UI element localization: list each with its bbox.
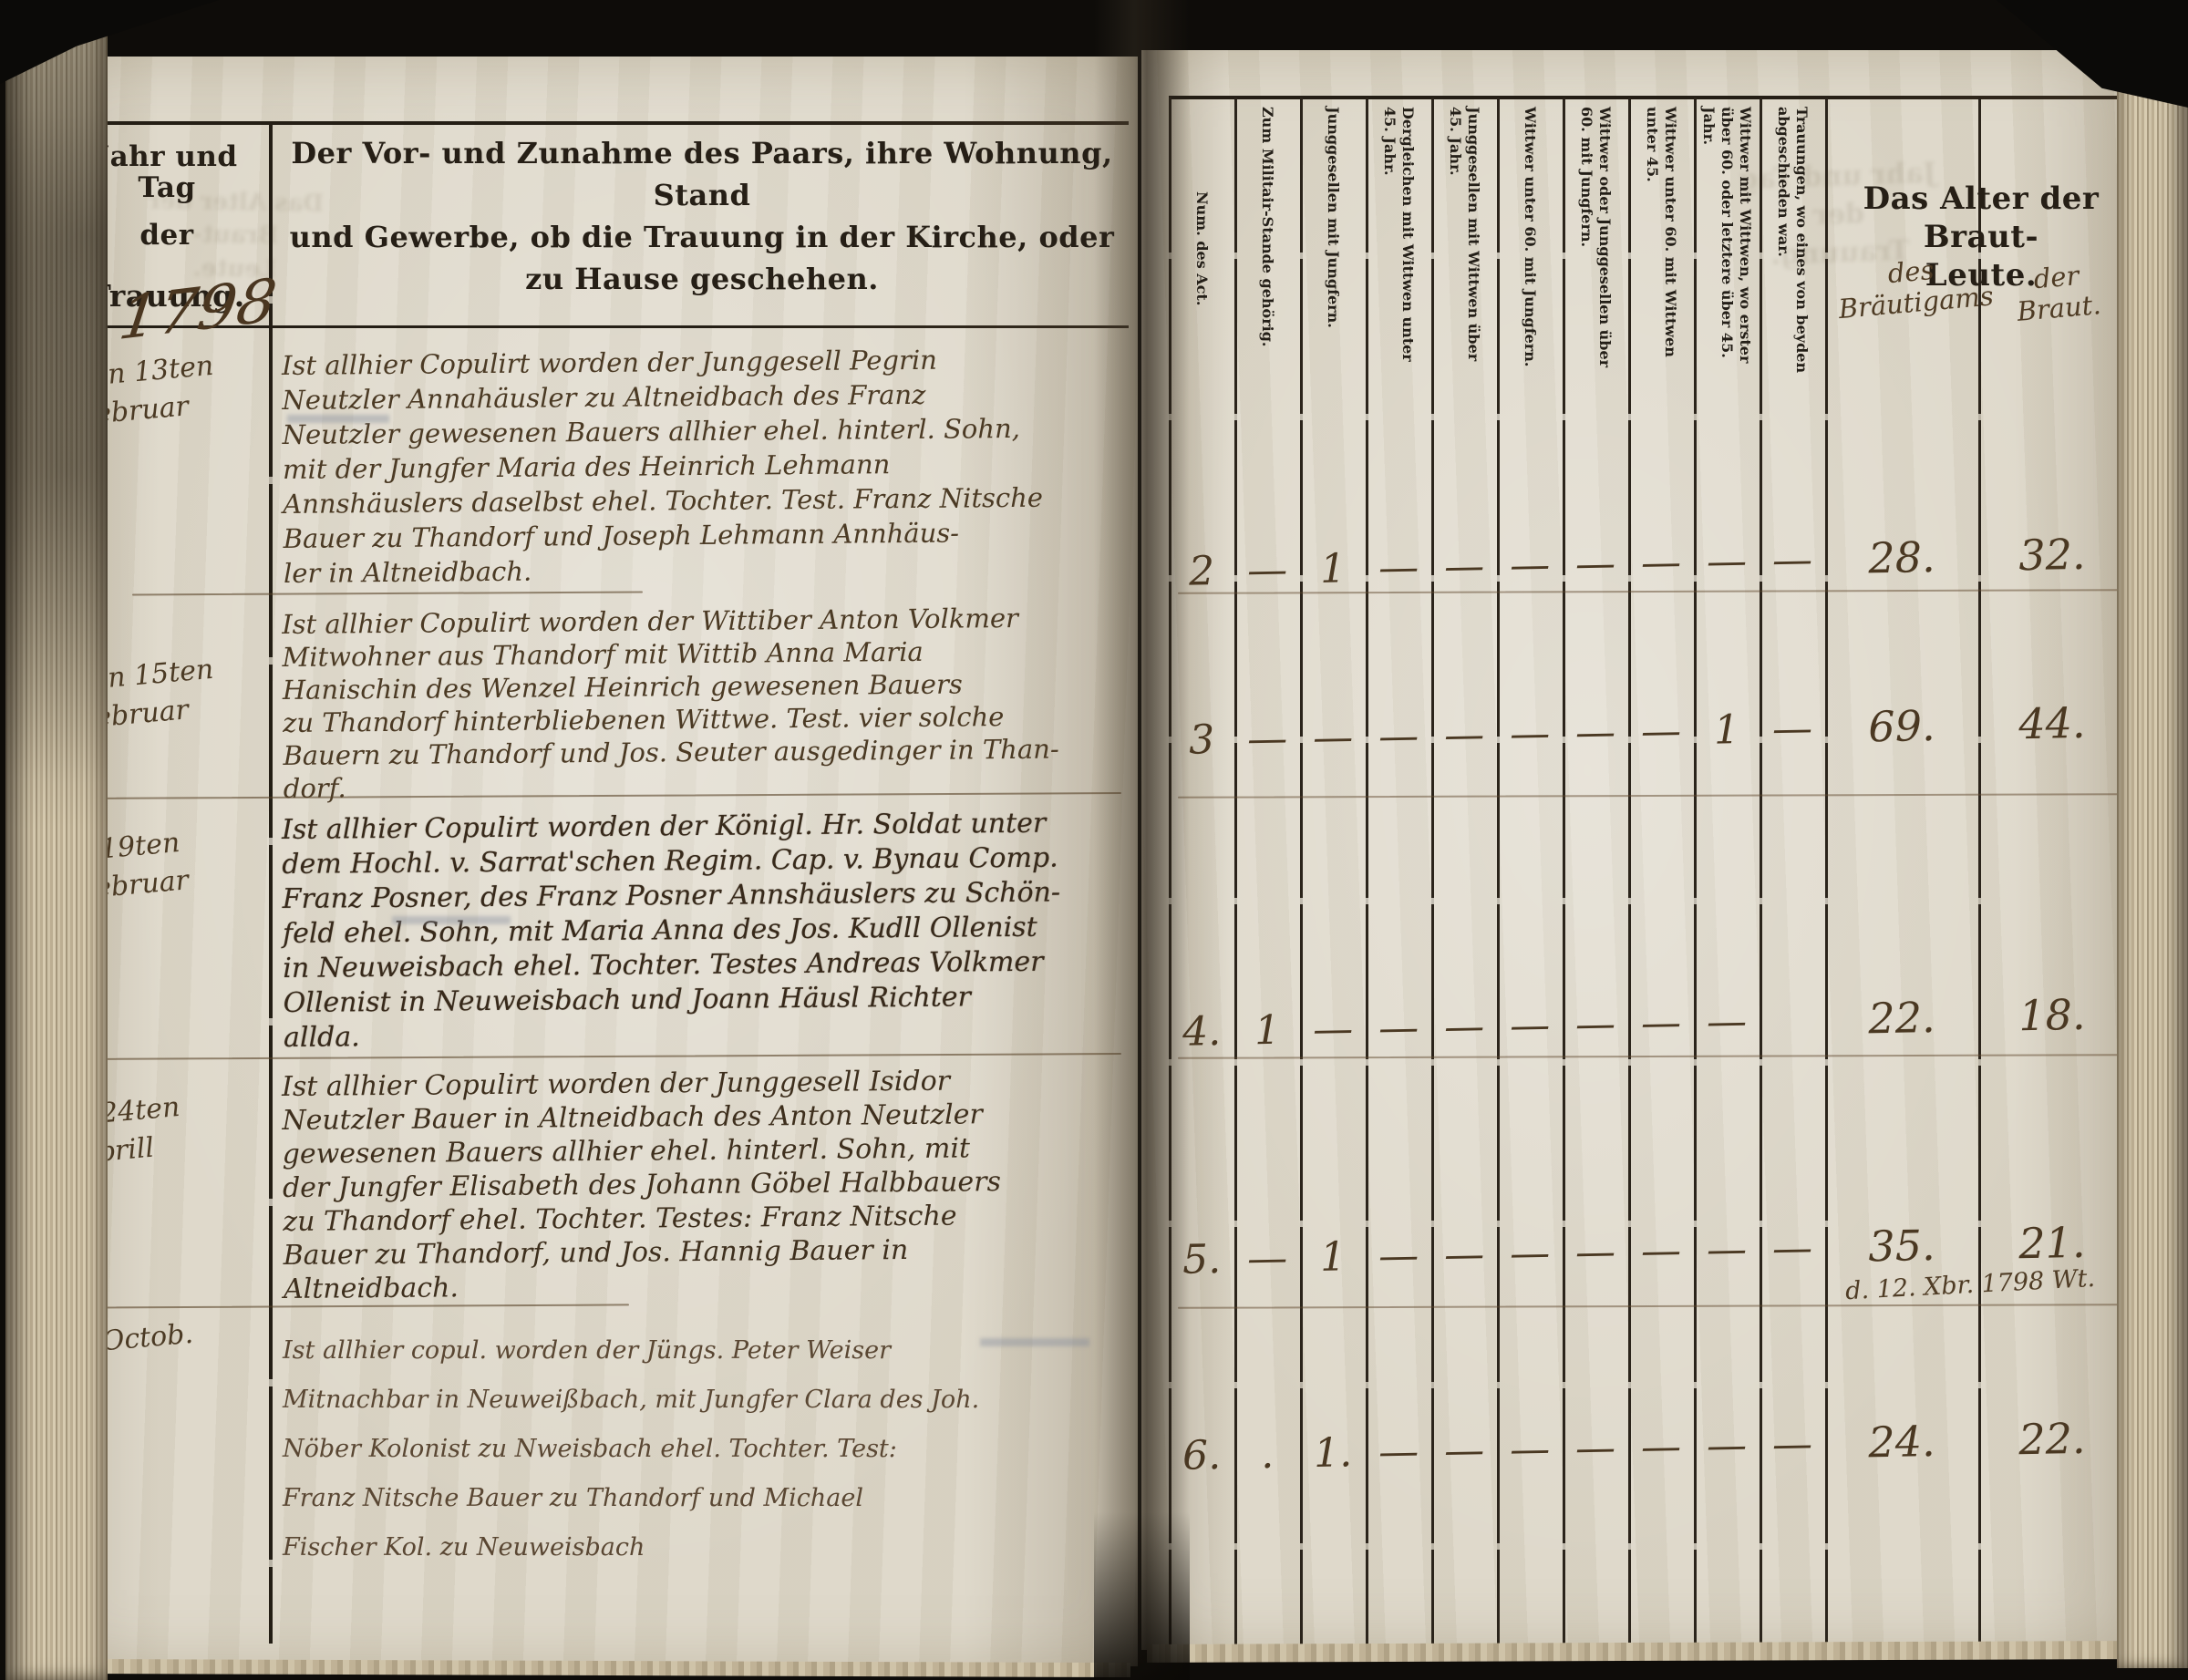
row-cell: — <box>1694 537 1760 584</box>
row-cell: — <box>1563 1000 1629 1047</box>
row-cell: 1. <box>1300 1428 1367 1476</box>
row-cell <box>1760 1019 1825 1020</box>
row-cell: — <box>1563 1424 1629 1471</box>
table-row-values: 6. . 1. — — — — — — — 24. 22. <box>1168 1399 2128 1494</box>
row-cell: — <box>1366 1427 1432 1475</box>
row-cell: — <box>1431 1231 1498 1278</box>
row-cell: — <box>1628 707 1695 755</box>
row-cell: — <box>1431 542 1498 590</box>
row-cell: — <box>1234 1234 1301 1282</box>
rotated-column-header: Wittwer unter 60. mit Wittwen unter 45. <box>1628 107 1694 391</box>
ink-smudge <box>392 916 511 924</box>
row-cell: — <box>1759 705 1825 752</box>
row-cell: — <box>1497 541 1564 588</box>
left-page-stack-edge <box>5 0 108 1680</box>
row-cell: — <box>1563 1228 1629 1275</box>
row-cell: — <box>1366 1004 1432 1051</box>
groom-age-value: 24. <box>1824 1416 1978 1468</box>
date-column-rule <box>269 123 273 1644</box>
row-cell: — <box>1431 1003 1498 1050</box>
row-cell: — <box>1431 711 1498 758</box>
entry-text: Ist allhier Copulirt worden der Junggese… <box>282 341 1118 591</box>
groom-age-value: 69. <box>1824 700 1978 752</box>
row-cell: 1 <box>1694 706 1760 753</box>
row-cell: — <box>1628 539 1695 586</box>
row-cell: — <box>1431 1427 1498 1474</box>
right-page-stack-edge <box>2117 64 2188 1668</box>
table-top-rule <box>1169 96 2128 99</box>
groom-age-value: 35. <box>1824 1220 1978 1272</box>
entry-text: Ist allhier Copulirt worden der Wittiber… <box>282 601 1118 805</box>
book-scan: Das Alter der Braut-Leute. Jahr und Tagd… <box>0 0 2188 1680</box>
row-cell: — <box>1497 709 1564 757</box>
entry-text: Ist allhier copul. worden der Jüngs. Pet… <box>283 1326 1117 1572</box>
right-page: Jahr und TagderTrauung. Num. des Act. Zu… <box>1141 50 2133 1650</box>
bride-age-value: 32. <box>1977 529 2126 581</box>
row-cell: — <box>1694 1225 1760 1273</box>
left-page: Das Alter der Braut-Leute. Jahr und Tagd… <box>50 57 1138 1666</box>
statistics-table: Num. des Act. Zum Militair-Stande gehöri… <box>1169 96 2135 1656</box>
row-cell: — <box>1497 1229 1564 1276</box>
row-cell: . <box>1234 1430 1301 1478</box>
groom-age-subheader: des Bräutigams <box>1834 250 1989 325</box>
row-cell: — <box>1234 546 1301 593</box>
rotated-column-header: Wittwer oder Junggesellen über 60. mit J… <box>1563 107 1628 391</box>
row-cell: — <box>1563 540 1629 587</box>
row-cell: — <box>1300 1005 1367 1052</box>
row-cell: — <box>1694 997 1760 1045</box>
table-row-values: 3 — — — — — — — 1 — 69. 44. <box>1168 684 2128 778</box>
row-cell: — <box>1366 543 1432 591</box>
rotated-column-header: Trauungen, wo eines von beyden abgeschie… <box>1760 107 1825 391</box>
row-separator-line <box>1178 1304 2126 1309</box>
marriage-register-table-left: Jahr und TagderTrauung. 1798 Der Vor- un… <box>68 121 1130 1675</box>
entry-text: Ist allhier Copulirt worden der Junggese… <box>282 1063 1118 1306</box>
row-cell: 1 <box>1300 1232 1367 1280</box>
entry-text: Ist allhier Copulirt worden der Königl. … <box>282 806 1118 1056</box>
entry-separator-line <box>132 592 643 596</box>
row-cell: — <box>1759 1224 1825 1272</box>
ink-smudge <box>287 415 389 423</box>
row-cell: — <box>1759 1420 1825 1468</box>
rotated-column-header: Zum Militair-Stande gehörig. <box>1234 107 1300 391</box>
row-cell: — <box>1234 715 1301 762</box>
gutter-shadow <box>1094 0 1190 1680</box>
rotated-column-header: Wittwer unter 60. mit Jungfern. <box>1497 107 1563 391</box>
rotated-column-header: Dergleichen mit Wittwen unter 45. Jahr. <box>1366 107 1431 391</box>
bride-age-value: 21. <box>1977 1217 2126 1269</box>
bride-age-value: 18. <box>1977 989 2126 1041</box>
page-bottom-edge <box>1147 1641 2127 1663</box>
main-column-header: Der Vor- und Zunahme des Paars, ihre Woh… <box>283 132 1121 300</box>
row-cell: — <box>1366 1232 1432 1279</box>
table-top-rule <box>68 121 1129 125</box>
table-row-values: 2 — 1 — — — — — — — 28. 32. <box>1168 515 2128 610</box>
row-cell: 1 <box>1300 544 1367 592</box>
row-cell: — <box>1628 1227 1695 1274</box>
row-separator-line <box>1178 793 2126 799</box>
bride-age-subheader: der Braut. <box>1987 256 2128 330</box>
row-cell: — <box>1694 1421 1760 1469</box>
bride-age-value: 44. <box>1977 697 2126 749</box>
bride-age-value: 22. <box>1977 1413 2126 1465</box>
groom-age-value: 22. <box>1824 992 1978 1044</box>
row-cell: — <box>1563 708 1629 756</box>
row-cell: 1 <box>1234 1006 1301 1054</box>
row-cell: — <box>1628 1423 1695 1470</box>
groom-age-value: 28. <box>1824 531 1978 583</box>
ink-smudge <box>980 1338 1089 1346</box>
row-cell: — <box>1759 536 1825 583</box>
row-cell: — <box>1300 713 1367 760</box>
row-cell: — <box>1366 712 1432 759</box>
row-cell: — <box>1497 1425 1564 1472</box>
rotated-column-header: Junggesellen mit Wittwen über 45. Jahr. <box>1431 107 1497 391</box>
row-cell: — <box>1628 999 1695 1046</box>
entry-separator-line <box>82 1304 629 1308</box>
entry-separator-line <box>82 1053 1121 1060</box>
rotated-column-header: Junggesellen mit Jungfern. <box>1300 107 1366 391</box>
rotated-column-header: Wittwer mit Wittwen, wo erster über 60. … <box>1694 107 1760 391</box>
row-cell: — <box>1497 1001 1564 1048</box>
